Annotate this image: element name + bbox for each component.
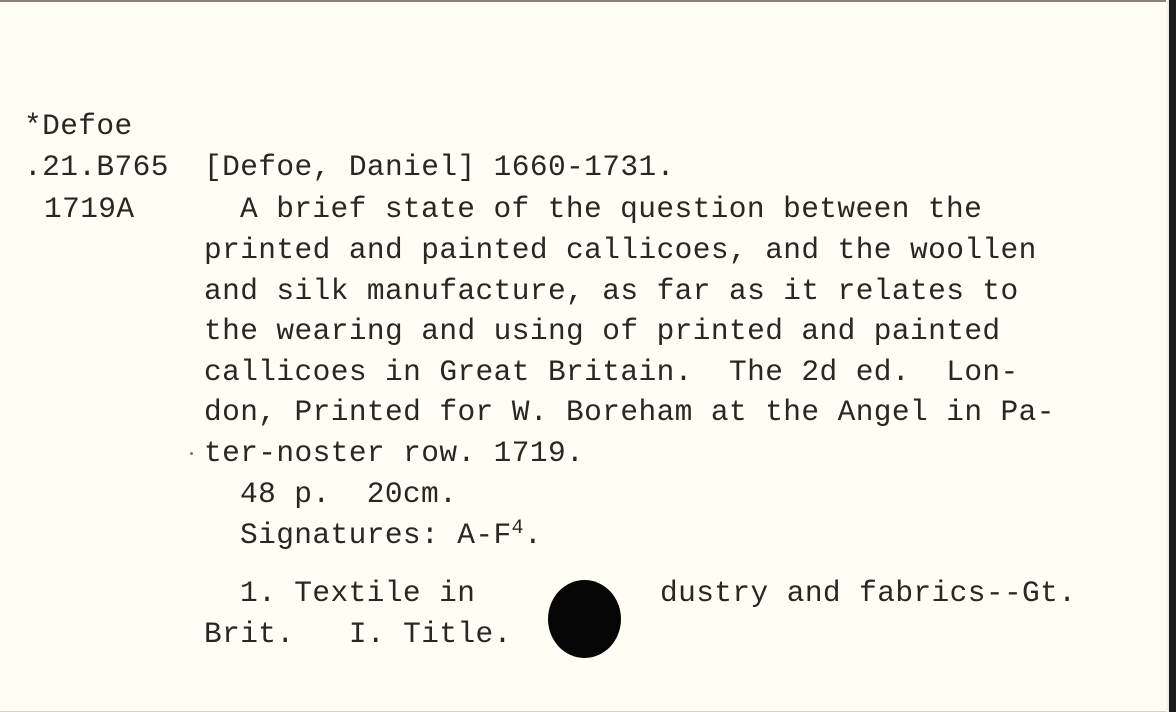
subject-line-1-left: 1. Textile in — [240, 579, 475, 609]
signatures: Signatures: A-F4. — [240, 521, 542, 551]
title-line: ter-noster row. 1719. — [204, 439, 584, 469]
card-heading: *Defoe — [24, 112, 133, 142]
title-line: callicoes in Great Britain. The 2d ed. L… — [204, 358, 1019, 388]
call-number-line-1: .21.B765 — [24, 153, 169, 183]
title-line: A brief state of the question between th… — [240, 195, 982, 225]
title-line: and silk manufacture, as far as it relat… — [204, 277, 1019, 307]
collation: 48 p. 20cm. — [240, 480, 457, 510]
title-line: don, Printed for W. Boreham at the Angel… — [204, 398, 1055, 428]
catalog-card: *Defoe .21.B765 1719A [Defoe, Daniel] 16… — [0, 0, 1169, 712]
subject-line-2: Brit. I. Title. — [204, 620, 512, 650]
subject-line-1-right: dustry and fabrics--Gt. — [660, 579, 1076, 609]
title-line: printed and painted callicoes, and the w… — [204, 236, 1037, 266]
ink-speck — [190, 452, 193, 455]
punch-hole — [548, 580, 621, 658]
title-line: the wearing and using of printed and pai… — [204, 317, 1001, 347]
main-entry: [Defoe, Daniel] 1660-1731. — [204, 153, 675, 183]
signatures-superscript: 4 — [512, 517, 524, 540]
call-number-line-2: 1719A — [44, 195, 135, 225]
signatures-label: Signatures: A-F — [240, 518, 512, 552]
signatures-trailing: . — [524, 518, 542, 552]
